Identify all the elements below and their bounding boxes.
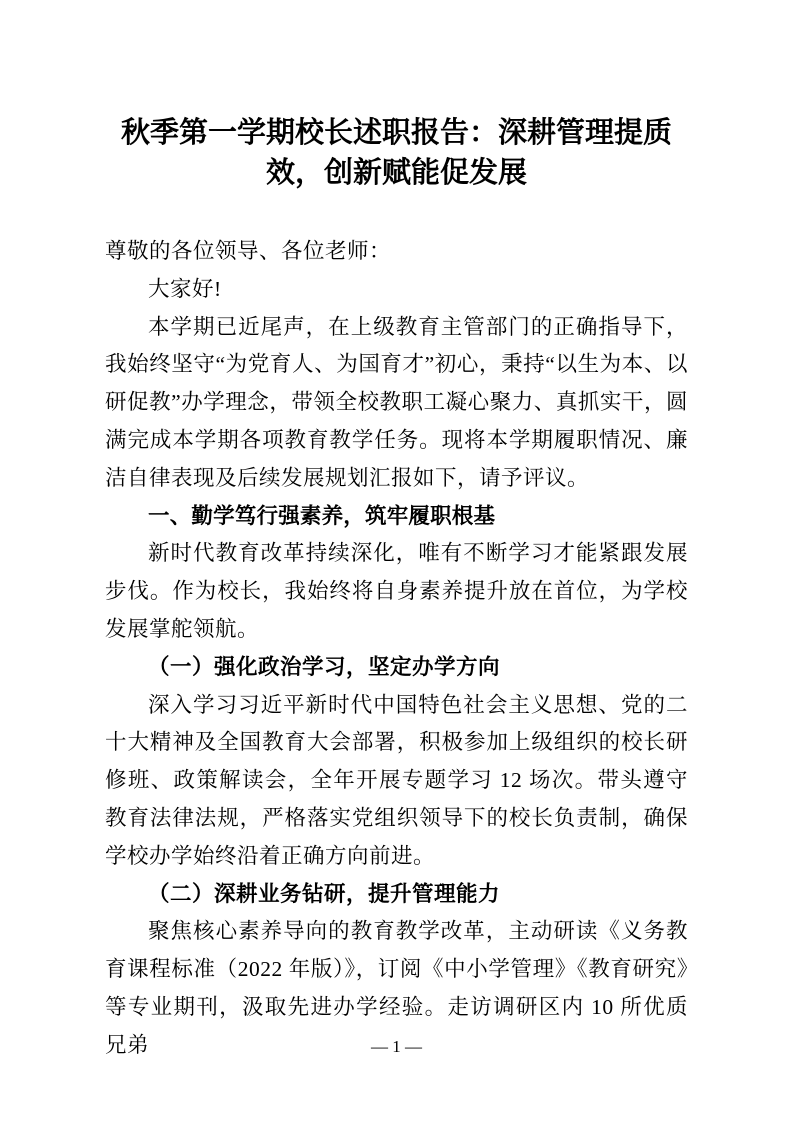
document-content: 秋季第一学期校长述职报告：深耕管理提质效，创新赋能促发展 尊敬的各位领导、各位老… xyxy=(0,0,793,1065)
subsection-heading-1-2: （二）深耕业务钻研，提升管理能力 xyxy=(105,876,688,914)
subsection-1-1-paragraph: 深入学习习近平新时代中国特色社会主义思想、党的二十大精神及全国教育大会部署，积极… xyxy=(105,687,688,876)
report-salutation: 尊敬的各位领导、各位老师： xyxy=(105,233,688,271)
section-heading-1: 一、勤学笃行强素养，筑牢履职根基 xyxy=(105,498,688,536)
document-page: 秋季第一学期校长述职报告：深耕管理提质效，创新赋能促发展 尊敬的各位领导、各位老… xyxy=(0,0,793,1122)
report-greeting: 大家好! xyxy=(105,271,688,309)
document-body: 尊敬的各位领导、各位老师： 大家好! 本学期已近尾声，在上级教育主管部门的正确指… xyxy=(105,233,688,1065)
section-1-lead-paragraph: 新时代教育改革持续深化，唯有不断学习才能紧跟发展步伐。作为校长，我始终将自身素养… xyxy=(105,535,688,648)
document-title: 秋季第一学期校长述职报告：深耕管理提质效，创新赋能促发展 xyxy=(105,113,688,193)
report-intro-paragraph: 本学期已近尾声，在上级教育主管部门的正确指导下，我始终坚守“为党育人、为国育才”… xyxy=(105,309,688,498)
subsection-heading-1-1: （一）强化政治学习，坚定办学方向 xyxy=(105,649,688,687)
page-number: — 1 — xyxy=(0,1036,793,1058)
